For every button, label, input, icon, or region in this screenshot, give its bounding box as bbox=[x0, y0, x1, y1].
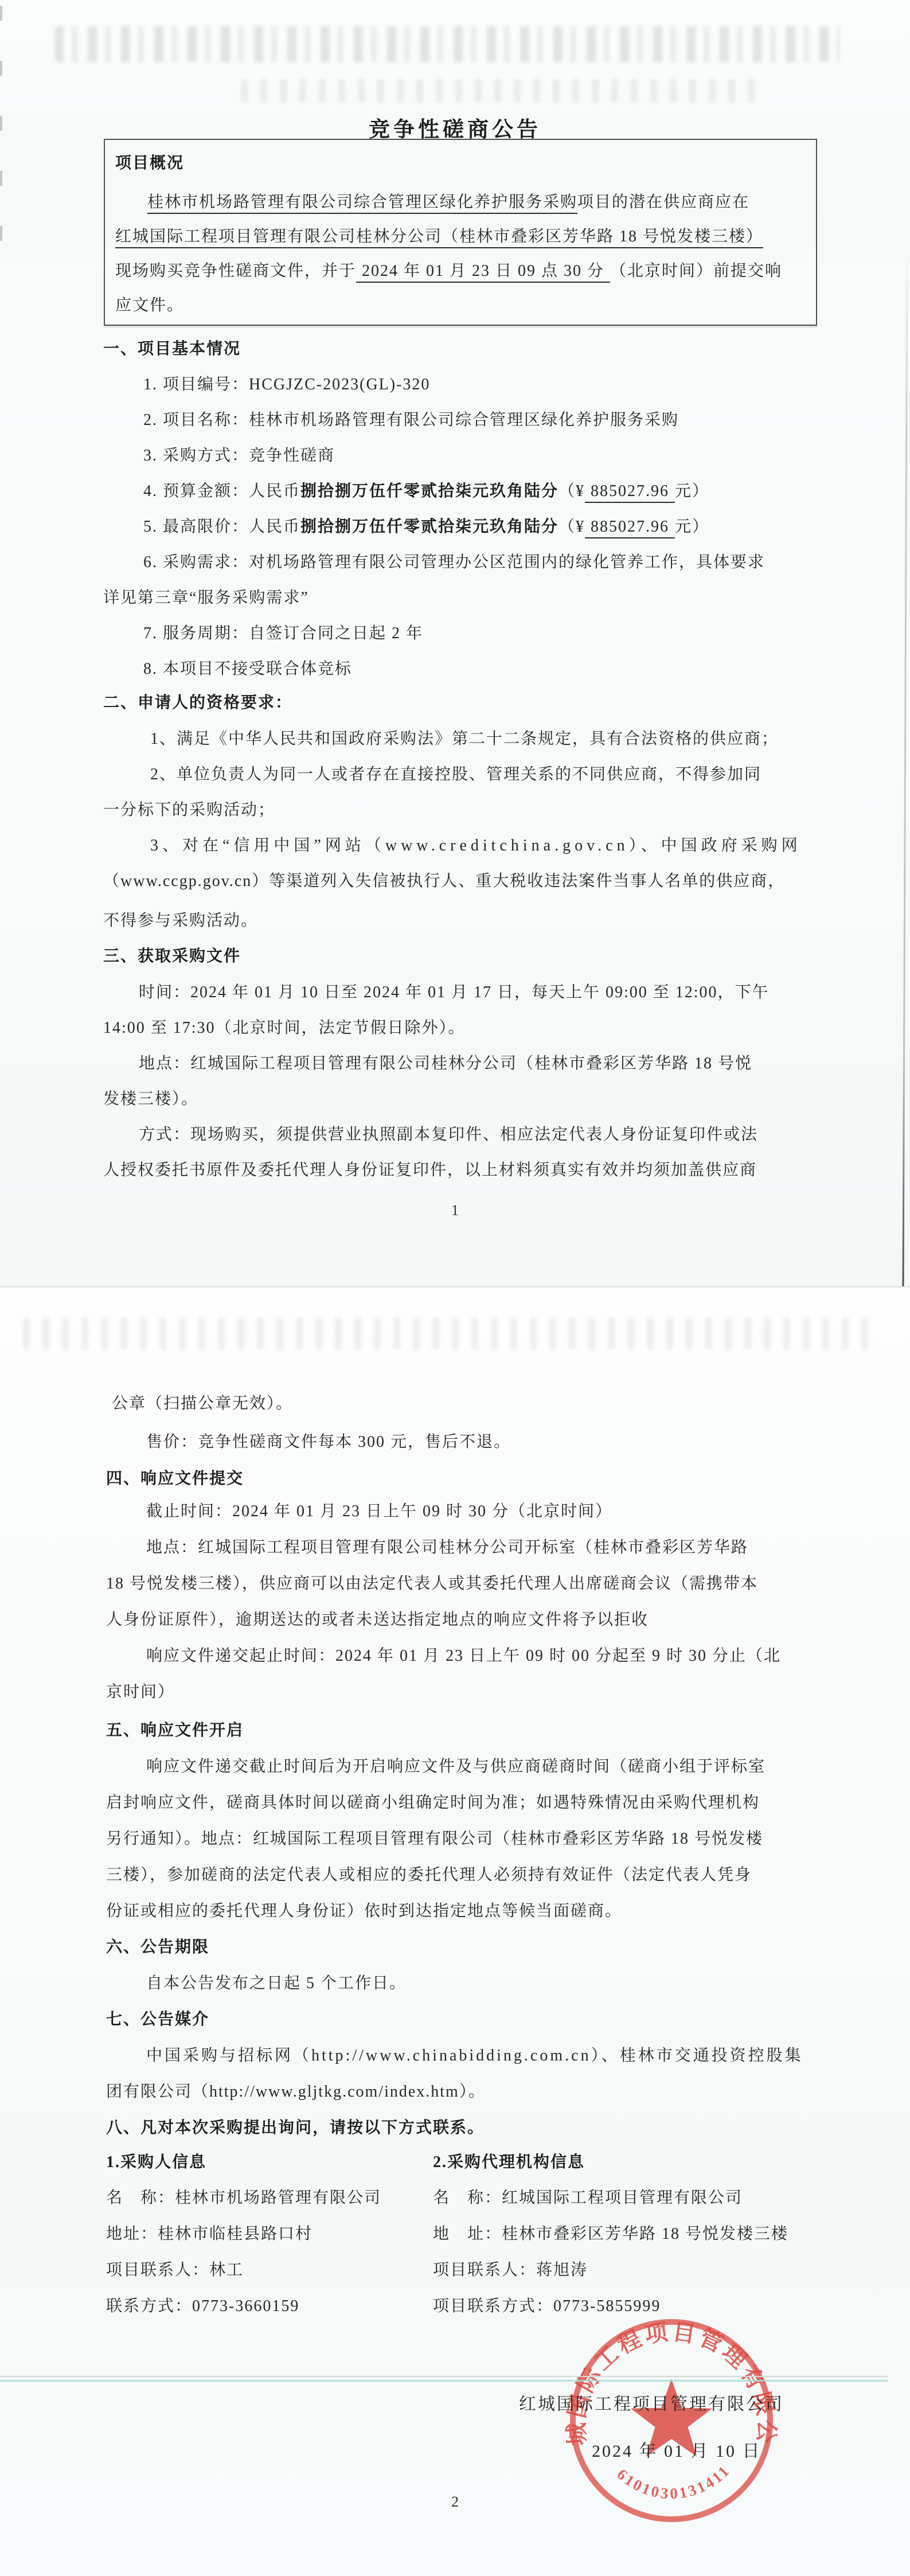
qualification-3-cont: （www.ccgp.gov.cn）等渠道列入失信被执行人、重大税收违法案件当事人… bbox=[103, 869, 820, 893]
item-budget-amount: 4. 预算金额：人民币捌拾捌万伍仟零贰拾柒元玖角陆分（¥885027.96元） bbox=[143, 479, 860, 504]
agency-name: 名 称：红城国际工程项目管理有限公司 bbox=[433, 2186, 743, 2210]
item-service-period: 7. 服务周期：自签订合同之日起 2 年 bbox=[143, 622, 860, 646]
contacts-name-row: 名 称：桂林市机场路管理有限公司 名 称：红城国际工程项目管理有限公司 bbox=[106, 2186, 823, 2210]
qualification-2-cont: 一分标下的采购活动； bbox=[103, 798, 820, 822]
amount-in-words: 捌拾捌万伍仟零贰拾柒元玖角陆分 bbox=[300, 518, 559, 536]
agency-contact-person: 项目联系人：蒋旭涛 bbox=[433, 2258, 588, 2282]
underlined-amount: 885027.96 bbox=[585, 518, 675, 538]
underlined-agency-address: 红城国际工程项目管理有限公司桂林分公司（桂林市叠彩区芳华路 18 号悦发楼三楼） bbox=[115, 228, 763, 248]
purchaser-address: 地址：桂林市临桂县路口村 bbox=[106, 2222, 313, 2246]
document-price: 售价：竞争性磋商文件每本 300 元，售后不退。 bbox=[146, 1430, 863, 1454]
project-overview-box: 项目概况 桂林市机场路管理有限公司综合管理区绿化养护服务采购项目的潜在供应商应在… bbox=[104, 139, 817, 326]
contacts-address-row: 地址：桂林市临桂县路口村 地 址：桂林市叠彩区芳华路 18 号悦发楼三楼 bbox=[106, 2222, 823, 2246]
overview-heading: 项目概况 bbox=[115, 151, 803, 175]
page-number-1: 1 bbox=[0, 1202, 910, 1219]
underlined-amount: 885027.96 bbox=[585, 482, 675, 503]
obtain-time-cont: 14:00 至 17:30（北京时间，法定节假日除外）。 bbox=[103, 1016, 820, 1040]
opening-line-2: 启封响应文件，磋商具体时间以磋商小组确定时间为准；如遇特殊情况由采购代理机构 bbox=[106, 1791, 823, 1815]
scan-noise bbox=[54, 26, 840, 62]
obtain-time: 时间：2024 年 01 月 10 日至 2024 年 01 月 17 日，每天… bbox=[139, 981, 856, 1005]
scan-noise bbox=[23, 1317, 872, 1349]
qualification-1: 1、满足《中华人民共和国政府采购法》第二十二条规定，具有合法资格的供应商； bbox=[150, 727, 867, 751]
scan-edge-artifact bbox=[903, 247, 908, 1286]
submit-deadline: 截止时间：2024 年 01 月 23 日上午 09 时 30 分（北京时间） bbox=[146, 1500, 863, 1524]
submit-place-cont1: 18 号悦发楼三楼），供应商可以由法定代表人或其委托代理人出席磋商会议（需携带本 bbox=[106, 1572, 823, 1596]
submit-window-cont: 京时间） bbox=[106, 1680, 823, 1704]
contacts-phone-row: 联系方式：0773-3660159 项目联系方式：0773-5855999 bbox=[106, 2294, 823, 2319]
signature-company: 红城国际工程项目管理有限公司 bbox=[519, 2390, 784, 2415]
item-project-name: 2. 项目名称：桂林市机场路管理有限公司综合管理区绿化养护服务采购 bbox=[143, 408, 860, 432]
amount-in-words: 捌拾捌万伍仟零贰拾柒元玖角陆分 bbox=[300, 482, 559, 500]
contacts-person-row: 项目联系人：林工 项目联系人：蒋旭涛 bbox=[106, 2258, 823, 2282]
media-line-2: 团有限公司（http://www.gljtkg.com/index.htm）。 bbox=[106, 2080, 823, 2104]
item-project-number: 1. 项目编号：HCGJZC-2023(GL)-320 bbox=[143, 373, 860, 397]
section-6-heading: 六、公告期限 bbox=[106, 1935, 823, 1960]
purchaser-phone: 联系方式：0773-3660159 bbox=[106, 2294, 299, 2319]
section-7-heading: 七、公告媒介 bbox=[106, 2008, 823, 2032]
item-procurement-demand-cont: 详见第三章“服务采购需求” bbox=[103, 586, 820, 610]
opening-line-4: 三楼），参加磋商的法定代表人或相应的委托代理人必须持有效证件（法定代表人凭身 bbox=[106, 1863, 823, 1887]
underlined-deadline: 2024 年 01 月 23 日 09 点 30 分 bbox=[356, 262, 610, 283]
media-line-1: 中国采购与招标网（http://www.chinabidding.com.cn）… bbox=[146, 2044, 863, 2068]
qualification-2: 2、单位负责人为同一人或者存在直接控股、管理关系的不同供应商，不得参加同 bbox=[150, 763, 867, 787]
obtain-place: 地点：红城国际工程项目管理有限公司桂林分公司（桂林市叠彩区芳华路 18 号悦 bbox=[139, 1052, 856, 1076]
scan-line-artifact bbox=[0, 2376, 888, 2377]
section-2-heading: 二、申请人的资格要求： bbox=[103, 691, 820, 715]
scan-edge-artifact bbox=[0, 6, 2, 252]
seal-note-cont: 公章（扫描公章无效）。 bbox=[112, 1392, 829, 1416]
qualification-3: 3、对在“信用中国”网站（www.creditchina.gov.cn）、中国政… bbox=[150, 834, 867, 858]
section-5-heading: 五、响应文件开启 bbox=[106, 1719, 823, 1743]
scan-line-cyan-artifact bbox=[0, 2380, 888, 2382]
purchaser-name: 名 称：桂林市机场路管理有限公司 bbox=[106, 2186, 381, 2210]
section-4-heading: 四、响应文件提交 bbox=[106, 1467, 823, 1491]
agency-phone: 项目联系方式：0773-5855999 bbox=[433, 2294, 661, 2319]
overview-line-4: 应文件。 bbox=[115, 294, 803, 318]
underlined-project-name: 桂林市机场路管理有限公司综合管理区绿化养护服务采购 bbox=[147, 193, 577, 214]
section-3-heading: 三、获取采购文件 bbox=[103, 944, 820, 969]
agency-address: 地 址：桂林市叠彩区芳华路 18 号悦发楼三楼 bbox=[433, 2222, 788, 2246]
contacts-header-row: 1.采购人信息 2.采购代理机构信息 bbox=[106, 2150, 823, 2175]
opening-line-5: 份证或相应的委托代理人身份证）依时到达指定地点等候当面磋商。 bbox=[106, 1899, 823, 1923]
page-2: 公章（扫描公章无效）。 售价：竞争性磋商文件每本 300 元，售后不退。 四、响… bbox=[0, 1286, 910, 2576]
section-8-heading: 八、凡对本次采购提出询问，请按以下方式联系。 bbox=[106, 2116, 823, 2140]
submit-place: 地点：红城国际工程项目管理有限公司桂林分公司开标室（桂林市叠彩区芳华路 bbox=[146, 1536, 863, 1560]
purchaser-info-heading: 1.采购人信息 bbox=[106, 2150, 206, 2175]
qualification-3-end: 不得参与采购活动。 bbox=[103, 909, 820, 933]
item-procurement-demand: 6. 采购需求：对机场路管理有限公司管理办公区范围内的绿化管养工作，具体要求 bbox=[143, 551, 860, 575]
obtain-place-cont: 发楼三楼）。 bbox=[103, 1087, 820, 1111]
item-no-consortium: 8. 本项目不接受联合体竞标 bbox=[143, 657, 860, 681]
agency-info-heading: 2.采购代理机构信息 bbox=[433, 2150, 585, 2175]
overview-line-3: 现场购买竞争性磋商文件，并于2024 年 01 月 23 日 09 点 30 分… bbox=[115, 259, 803, 283]
document-viewer: 竞争性磋商公告 项目概况 桂林市机场路管理有限公司综合管理区绿化养护服务采购项目… bbox=[0, 0, 910, 2576]
section-1-heading: 一、项目基本情况 bbox=[103, 337, 820, 361]
submit-place-cont2: 人身份证原件），逾期送达的或者未送达指定地点的响应文件将予以拒收 bbox=[106, 1608, 823, 1632]
purchaser-contact-person: 项目联系人：林工 bbox=[106, 2258, 244, 2282]
overview-line-1: 桂林市机场路管理有限公司综合管理区绿化养护服务采购项目的潜在供应商应在 bbox=[115, 190, 803, 214]
page-1: 竞争性磋商公告 项目概况 桂林市机场路管理有限公司综合管理区绿化养护服务采购项目… bbox=[0, 0, 910, 1286]
item-max-price: 5. 最高限价：人民币捌拾捌万伍仟零贰拾柒元玖角陆分（¥885027.96元） bbox=[143, 515, 860, 539]
announcement-period: 自本公告发布之日起 5 个工作日。 bbox=[146, 1972, 863, 1996]
obtain-method: 方式：现场购买，须提供营业执照副本复印件、相应法定代表人身份证复印件或法 bbox=[139, 1123, 856, 1147]
opening-line-1: 响应文件递交截止时间后为开启响应文件及与供应商磋商时间（磋商小组于评标室 bbox=[146, 1755, 863, 1779]
overview-line-2: 红城国际工程项目管理有限公司桂林分公司（桂林市叠彩区芳华路 18 号悦发楼三楼） bbox=[115, 225, 803, 249]
page-title: 竞争性磋商公告 bbox=[0, 112, 910, 143]
page-number-2: 2 bbox=[0, 2493, 910, 2511]
submit-window: 响应文件递交起止时间：2024 年 01 月 23 日上午 09 时 00 分起… bbox=[146, 1644, 863, 1668]
obtain-method-cont: 人授权委托书原件及委托代理人身份证复印件，以上材料须真实有效并均须加盖供应商 bbox=[103, 1158, 820, 1182]
signature-date: 2024 年 01 月 10 日 bbox=[592, 2437, 761, 2462]
scan-noise bbox=[241, 79, 757, 102]
item-procurement-method: 3. 采购方式：竞争性磋商 bbox=[143, 444, 860, 468]
opening-line-3: 另行通知）。地点：红城国际工程项目管理有限公司（桂林市叠彩区芳华路 18 号悦发… bbox=[106, 1827, 823, 1851]
